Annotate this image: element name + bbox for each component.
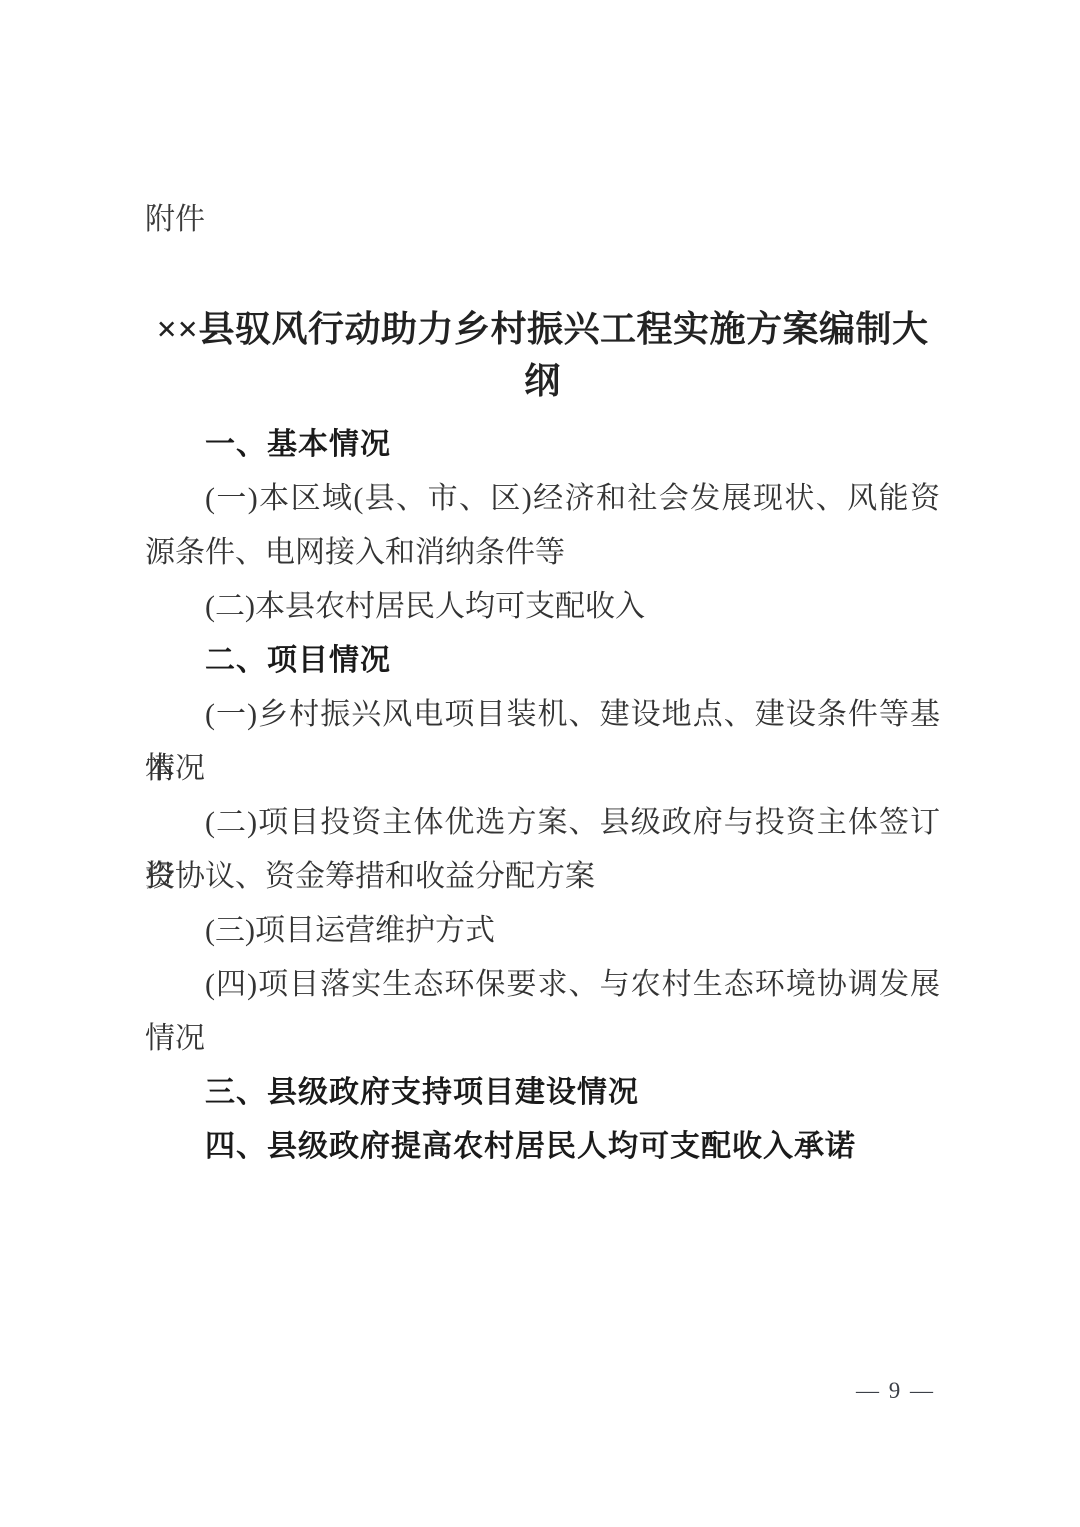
section-heading-1: 一、基本情况 <box>145 418 940 472</box>
paragraph-line: (四)项目落实生态环保要求、与农村生态环境协调发展 <box>145 958 940 1012</box>
paragraph-line: (一)乡村振兴风电项目装机、建设地点、建设条件等基本 <box>145 688 940 742</box>
paragraph-line: 源条件、电网接入和消纳条件等 <box>145 526 940 580</box>
paragraph-line: (二)项目投资主体优选方案、县级政府与投资主体签订投 <box>145 796 940 850</box>
paragraph-line: 资协议、资金筹措和收益分配方案 <box>145 850 940 904</box>
paragraph-line: (三)项目运营维护方式 <box>145 904 940 958</box>
paragraph-line: (一)本区域(县、市、区)经济和社会发展现状、风能资 <box>145 472 940 526</box>
page-number: — 9 — <box>856 1376 935 1406</box>
paragraph-line: 情况 <box>145 742 940 796</box>
document-page: 附件 ××县驭风行动助力乡村振兴工程实施方案编制大纲 一、基本情况 (一)本区域… <box>0 0 1080 1527</box>
attachment-label: 附件 <box>145 200 205 240</box>
document-body: 一、基本情况 (一)本区域(县、市、区)经济和社会发展现状、风能资 源条件、电网… <box>145 418 940 1174</box>
section-heading-4: 四、县级政府提高农村居民人均可支配收入承诺 <box>145 1120 940 1174</box>
document-title: ××县驭风行动助力乡村振兴工程实施方案编制大纲 <box>145 303 940 407</box>
section-heading-3: 三、县级政府支持项目建设情况 <box>145 1066 940 1120</box>
paragraph-line: 情况 <box>145 1012 940 1066</box>
section-heading-2: 二、项目情况 <box>145 634 940 688</box>
paragraph-line: (二)本县农村居民人均可支配收入 <box>145 580 940 634</box>
